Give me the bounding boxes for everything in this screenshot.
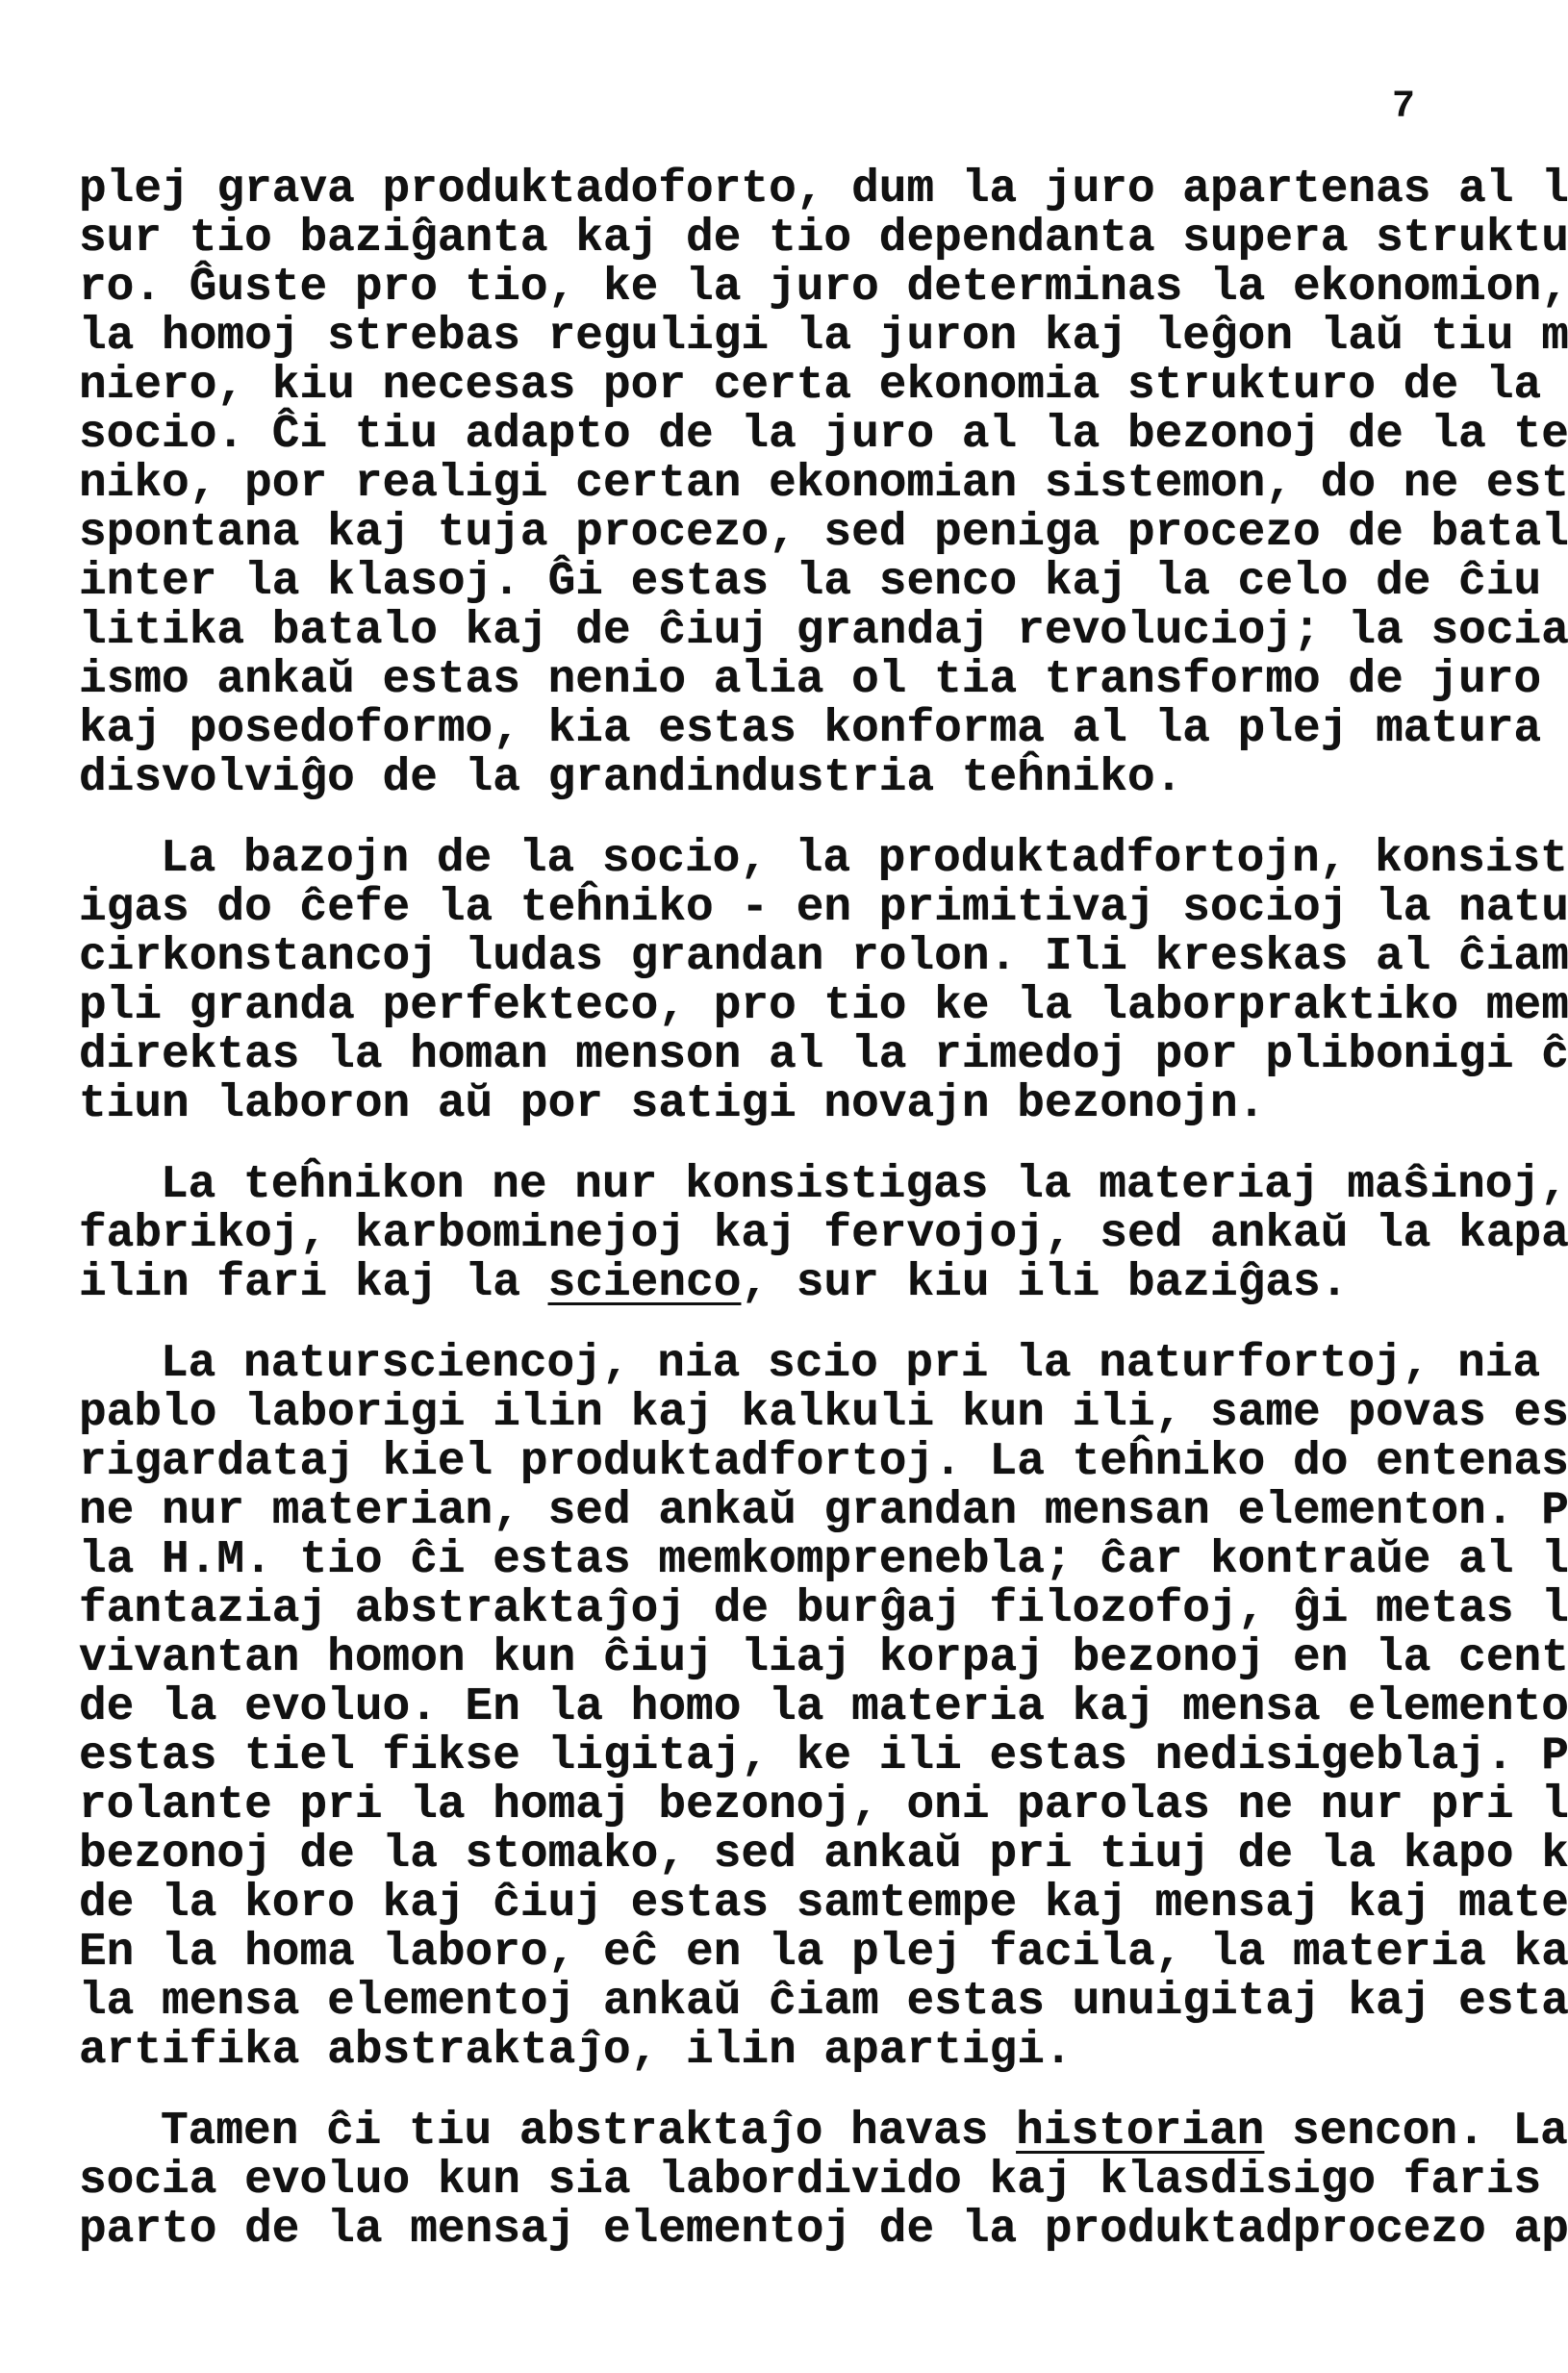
- text-line: cirkonstancoj ludas grandan rolon. Ili k…: [79, 933, 1551, 982]
- text-line: niero, kiu necesas por certa ekonomia st…: [79, 362, 1551, 411]
- text-line: La natursciencoj, nia scio pri la naturf…: [79, 1340, 1551, 1389]
- text-line: igas do ĉefe la teĥniko - en primitivaj …: [79, 884, 1551, 933]
- text-line: direktas la homan menson al la rimedoj p…: [79, 1031, 1551, 1080]
- text-line: socio. Ĉi tiu adapto de la juro al la be…: [79, 411, 1551, 460]
- paragraph-gap: [79, 2076, 1551, 2108]
- text-line: Tamen ĉi tiu abstraktaĵo havas historian…: [79, 2108, 1551, 2157]
- text-line: La teĥnikon ne nur konsistigas la materi…: [79, 1161, 1551, 1210]
- text-line: la mensa elementoj ankaŭ ĉiam estas unui…: [79, 1978, 1551, 2027]
- text-line: la homoj strebas reguligi la juron kaj l…: [79, 313, 1551, 362]
- text-line: pablo laborigi ilin kaj kalkuli kun ili,…: [79, 1389, 1551, 1438]
- text-line: la H.M. tio ĉi estas memkomprenebla; ĉar…: [79, 1536, 1551, 1585]
- text-line: de la koro kaj ĉiuj estas samtempe kaj m…: [79, 1880, 1551, 1929]
- text-line: rolante pri la homaj bezonoj, oni parola…: [79, 1781, 1551, 1830]
- text-line: tiun laboron aŭ por satigi novajn bezono…: [79, 1080, 1551, 1129]
- text-line: inter la klasoj. Ĝi estas la senco kaj l…: [79, 558, 1551, 607]
- text-line: ilin fari kaj la scienco, sur kiu ili ba…: [79, 1259, 1551, 1308]
- text-line: En la homa laboro, eĉ en la plej facila,…: [79, 1929, 1551, 1978]
- text-line: de la evoluo. En la homo la materia kaj …: [79, 1683, 1551, 1732]
- text-line: litika batalo kaj de ĉiuj grandaj revolu…: [79, 607, 1551, 656]
- text-line: spontana kaj tuja procezo, sed peniga pr…: [79, 509, 1551, 558]
- text-line: ro. Ĝuste pro tio, ke la juro determinas…: [79, 264, 1551, 313]
- text-line: pli granda perfekteco, pro tio ke la lab…: [79, 982, 1551, 1031]
- document-body: plej grava produktadoforto, dum la juro …: [79, 165, 1551, 2255]
- text-line: parto de la mensaj elementoj de la produ…: [79, 2206, 1551, 2255]
- text-line: rigardataj kiel produktadfortoj. La teĥn…: [79, 1438, 1551, 1487]
- text-line: vivantan homon kun ĉiuj liaj korpaj bezo…: [79, 1634, 1551, 1683]
- text-line: ismo ankaŭ estas nenio alia ol tia trans…: [79, 656, 1551, 705]
- text-line: artifika abstraktaĵo, ilin apartigi.: [79, 2027, 1551, 2076]
- text-line: kaj posedoformo, kia estas konforma al l…: [79, 705, 1551, 754]
- text-line: La bazojn de la socio, la produktadforto…: [79, 835, 1551, 884]
- underlined-word: scienco: [548, 1257, 742, 1309]
- text-line: disvolviĝo de la grandindustria teĥniko.: [79, 754, 1551, 803]
- paragraph-gap: [79, 1308, 1551, 1340]
- paragraph: La bazojn de la socio, la produktadforto…: [79, 835, 1551, 1129]
- text-line: niko, por realigi certan ekonomian siste…: [79, 460, 1551, 509]
- paragraph-gap: [79, 1129, 1551, 1161]
- text-line: fantaziaj abstraktaĵoj de burĝaj filozof…: [79, 1585, 1551, 1634]
- paragraph: La teĥnikon ne nur konsistigas la materi…: [79, 1161, 1551, 1308]
- text-line: bezonoj de la stomako, sed ankaŭ pri tiu…: [79, 1830, 1551, 1880]
- paragraph: Tamen ĉi tiu abstraktaĵo havas historian…: [79, 2108, 1551, 2255]
- underlined-word: historian: [1016, 2106, 1264, 2158]
- page-number: 7: [1392, 88, 1415, 127]
- text-line: sur tio baziĝanta kaj de tio dependanta …: [79, 215, 1551, 264]
- text-line: fabrikoj, karbominejoj kaj fervojoj, sed…: [79, 1210, 1551, 1259]
- text-line: ne nur materian, sed ankaŭ grandan mensa…: [79, 1487, 1551, 1536]
- text-line: estas tiel fikse ligitaj, ke ili estas n…: [79, 1732, 1551, 1781]
- paragraph-gap: [79, 803, 1551, 835]
- paragraph: La natursciencoj, nia scio pri la naturf…: [79, 1340, 1551, 2076]
- paragraph: plej grava produktadoforto, dum la juro …: [79, 165, 1551, 803]
- text-line: plej grava produktadoforto, dum la juro …: [79, 165, 1551, 215]
- text-line: socia evoluo kun sia labordivido kaj kla…: [79, 2157, 1551, 2206]
